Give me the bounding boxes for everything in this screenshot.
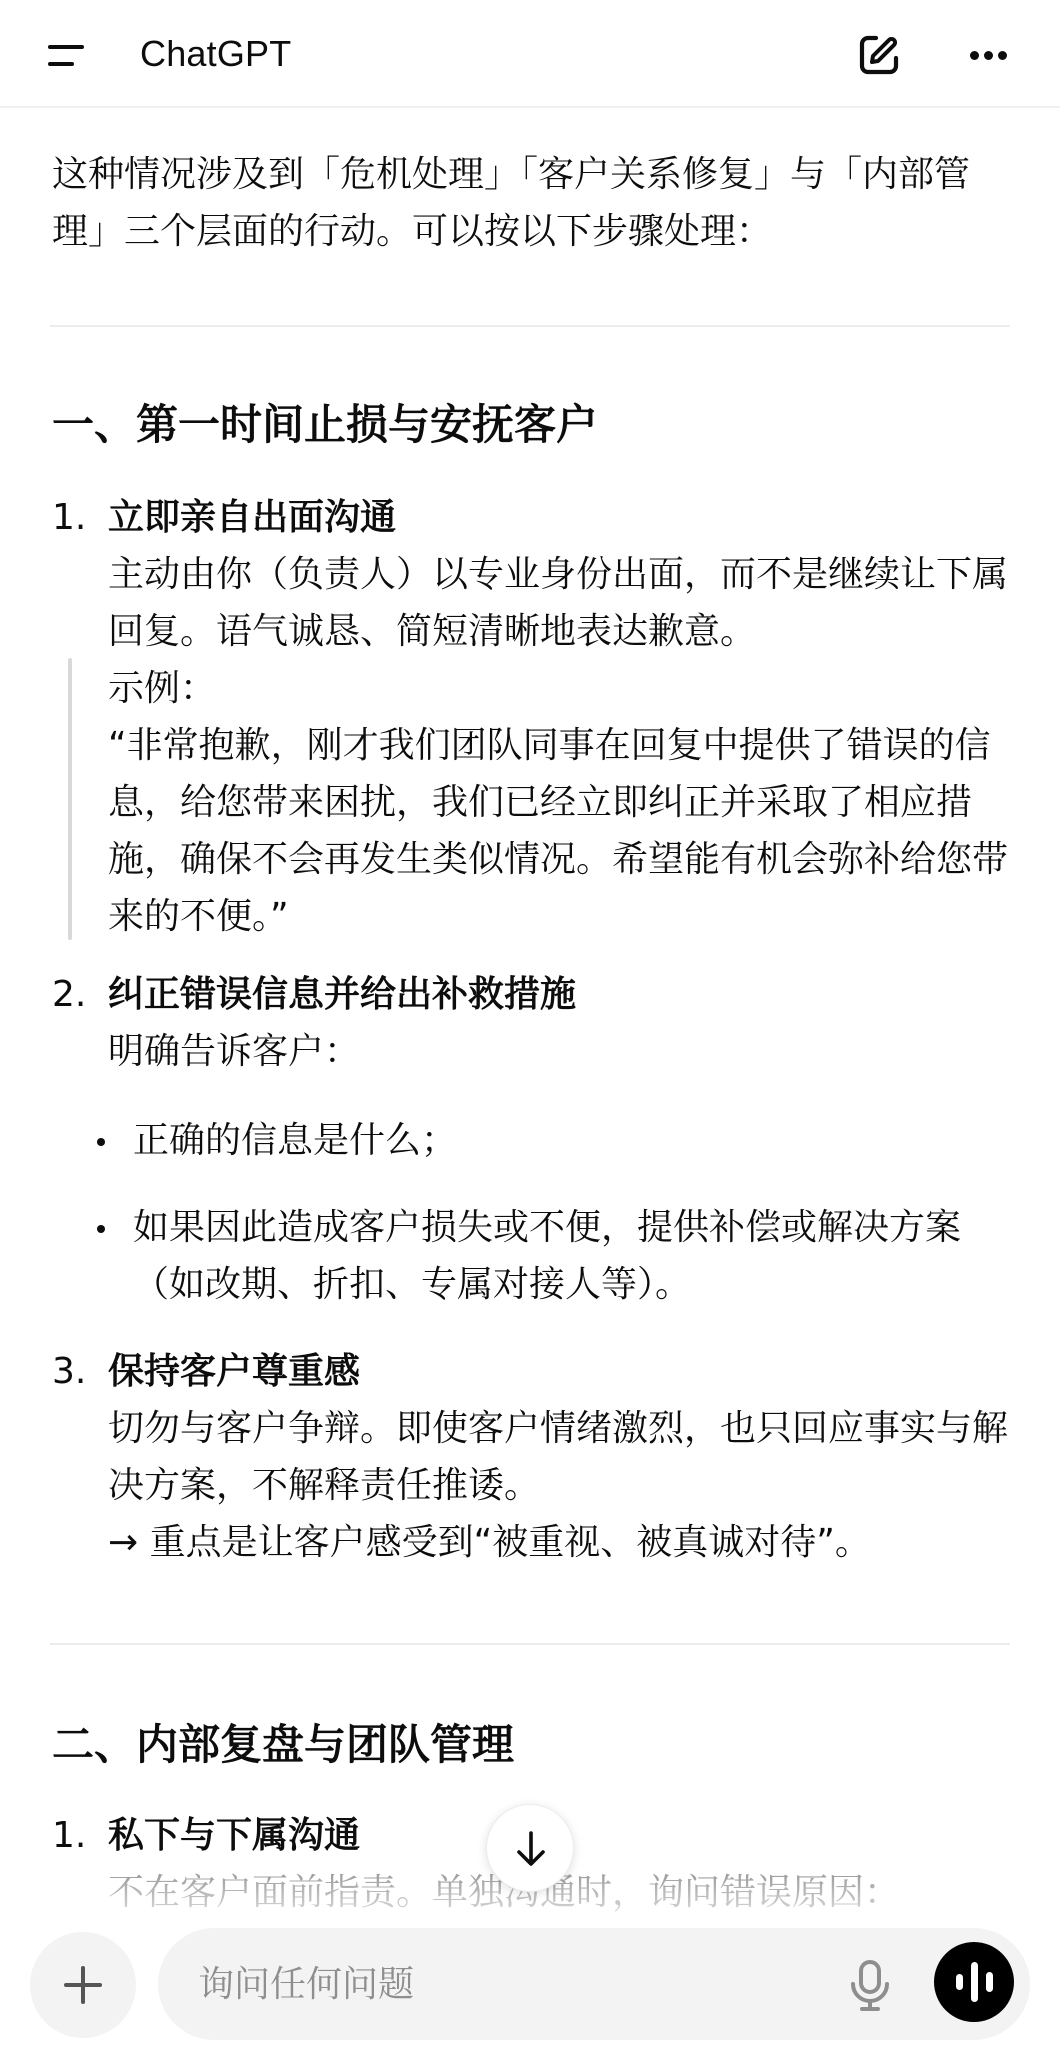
list-item-title: 纠正错误信息并给出补救措施 [108,966,576,1023]
top-bar: ChatGPT [0,0,1060,108]
list-item-body: 明确告诉客户： [108,1023,1008,1080]
chatgpt-app: ChatGPT 这种情况涉及到「危机处理」「客户关系修复」与「内部管理」三个层面… [0,0,1060,2048]
voice-mode-icon[interactable] [934,1942,1014,2022]
list-item-title: 保持客户尊重感 [108,1343,360,1400]
list-item-body: 主动由你（负责人）以专业身份出面，而不是继续让下属回复。语气诚恳、简短清晰地表达… [108,546,1008,660]
quote-label: 示例： [108,660,1008,717]
microphone-icon[interactable] [844,1958,896,2014]
dot [984,51,993,60]
menu-bar-bottom [48,62,74,66]
bullet-dot [97,1138,105,1146]
plus-icon[interactable] [30,1932,136,2038]
wave-bar [956,1974,963,1990]
compose-icon-glyph [856,32,902,78]
list-number: 1. [52,1807,86,1864]
section-divider [50,1643,1010,1645]
bullet-item: 如果因此造成客户损失或不便，提供补偿或解决方案（如改期、折扣、专属对接人等）。 [133,1199,1013,1313]
menu-bar-top [48,45,84,49]
quote-text: “非常抱歉，刚才我们团队同事在回复中提供了错误的信息，给您带来困扰，我们已经立即… [108,717,1008,945]
scroll-to-bottom-button[interactable] [486,1804,574,1892]
list-number: 1. [52,489,86,546]
blockquote-border [68,658,72,940]
list-item-title: 立即亲自出面沟通 [108,489,396,546]
microphone-glyph [844,1958,896,2014]
arrow-down-icon [509,1827,553,1871]
wave-bar [986,1972,993,1992]
list-item-title: 私下与下属沟通 [108,1807,360,1864]
bullet-dot [97,1225,105,1233]
bullet-item: 正确的信息是什么； [133,1112,1013,1169]
dot [998,51,1007,60]
message-input[interactable] [198,1956,798,2012]
intro-paragraph: 这种情况涉及到「危机处理」「客户关系修复」与「内部管理」三个层面的行动。可以按以… [52,146,1012,260]
list-item-body: 切勿与客户争辩。即使客户情绪激烈，也只回应事实与解决方案，不解释责任推诿。 [108,1400,1008,1514]
section-heading-2: 二、内部复盘与团队管理 [52,1717,514,1773]
app-title: ChatGPT [140,30,291,78]
list-number: 2. [52,966,86,1023]
message-input-container [158,1928,1030,2040]
list-item-note: → 重点是让客户感受到“被重视、被真诚对待”。 [108,1514,1008,1571]
list-number: 3. [52,1343,86,1400]
more-options-icon[interactable] [960,40,1016,70]
menu-icon[interactable] [40,38,96,78]
dot [970,51,979,60]
section-heading-1: 一、第一时间止损与安抚客户 [52,397,598,453]
new-chat-compose-icon[interactable] [856,32,902,78]
wave-bar [971,1962,978,2002]
section-divider [50,325,1010,327]
composer-bar [0,1918,1060,2048]
